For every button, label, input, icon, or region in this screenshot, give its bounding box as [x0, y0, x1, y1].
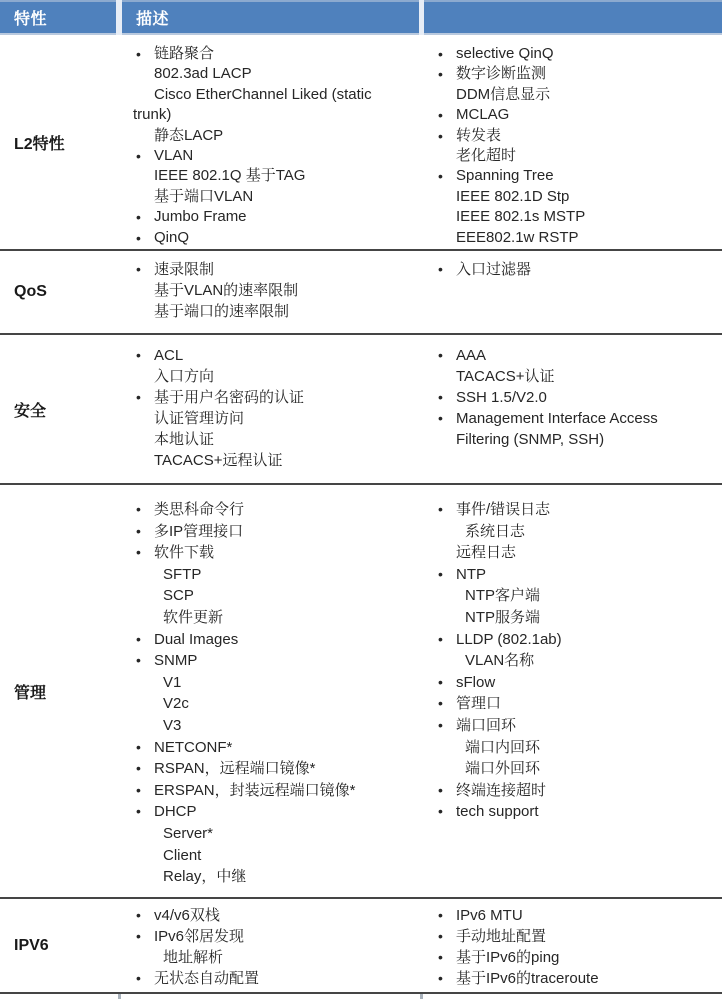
feature-text: V3: [163, 715, 181, 737]
feature-line: 基于端口的速率限制: [122, 301, 424, 322]
feature-text: Server*: [163, 823, 213, 845]
feature-text: 终端连接超时: [456, 780, 546, 802]
feature-line: •Spanning Tree: [424, 166, 722, 186]
bullet-icon: •: [134, 758, 154, 780]
bullet-icon: •: [436, 715, 456, 737]
feature-text: AAA: [456, 345, 486, 366]
feature-line: •sFlow: [424, 672, 722, 694]
feature-text: MCLAG: [456, 105, 509, 125]
feature-line: NTP客户端: [424, 585, 722, 607]
feature-line: TACACS+认证: [424, 366, 722, 387]
header-cell-extra: [424, 0, 722, 35]
feature-text: trunk): [133, 105, 171, 125]
feature-text: IEEE 802.1D Stp: [456, 187, 569, 207]
feature-line: Client: [122, 845, 424, 867]
feature-text: NTP服务端: [465, 607, 540, 629]
feature-text: 软件下载: [154, 542, 214, 564]
feature-line: EEE802.1w RSTP: [424, 228, 722, 248]
feature-line: •基于用户名密码的认证: [122, 387, 424, 408]
bullet-icon: •: [436, 408, 456, 429]
feature-line: IEEE 802.1D Stp: [424, 187, 722, 207]
feature-text: NETCONF*: [154, 737, 232, 759]
feature-line: •管理口: [424, 693, 722, 715]
bullet-icon: •: [134, 737, 154, 759]
bullet-icon: •: [436, 564, 456, 586]
feature-line: 端口内回环: [424, 737, 722, 759]
feature-text: IPv6邻居发现: [154, 926, 244, 947]
feature-text: SNMP: [154, 650, 197, 672]
feature-text: 认证管理访问: [154, 408, 244, 429]
feature-text: tech support: [456, 801, 539, 823]
row-label: L2特性: [0, 35, 122, 249]
bullet-icon: •: [436, 499, 456, 521]
column-border-tick: [420, 994, 423, 999]
bullet-icon: •: [436, 947, 456, 968]
bullet-icon: •: [134, 780, 154, 802]
bullet-icon: •: [436, 905, 456, 926]
feature-text: 基于端口VLAN: [154, 187, 253, 207]
feature-text: 端口回环: [456, 715, 516, 737]
feature-text: VLAN名称: [465, 650, 534, 672]
feature-text: 端口外回环: [465, 758, 540, 780]
feature-text: IPv6 MTU: [456, 905, 523, 926]
feature-line: •SNMP: [122, 650, 424, 672]
feature-line: V2c: [122, 693, 424, 715]
feature-line: VLAN名称: [424, 650, 722, 672]
bullet-icon: •: [134, 228, 154, 248]
feature-line: •基于IPv6的traceroute: [424, 968, 722, 989]
bullet-icon: •: [134, 387, 154, 408]
feature-text: 数字诊断监测: [456, 64, 546, 84]
bullet-icon: •: [436, 126, 456, 146]
feature-text: 本地认证: [154, 429, 214, 450]
feature-text: 基于用户名密码的认证: [154, 387, 304, 408]
bullet-icon: •: [436, 166, 456, 186]
feature-text: QinQ: [154, 228, 189, 248]
feature-text: 多IP管理接口: [154, 521, 243, 543]
feature-line: 基于端口VLAN: [122, 187, 424, 207]
feature-line: •类思科命令行: [122, 499, 424, 521]
bullet-icon: •: [436, 926, 456, 947]
bullet-icon: •: [436, 968, 456, 989]
feature-line: IEEE 802.1Q 基于TAG: [122, 166, 424, 186]
feature-text: 静态LACP: [154, 126, 223, 146]
feature-line: 本地认证: [122, 429, 424, 450]
feature-text: 基于IPv6的ping: [456, 947, 559, 968]
feature-line: trunk): [122, 105, 424, 125]
bullet-icon: •: [436, 387, 456, 408]
feature-text: DHCP: [154, 801, 197, 823]
feature-line: •NETCONF*: [122, 737, 424, 759]
bullet-icon: •: [134, 542, 154, 564]
feature-line: •速录限制: [122, 259, 424, 280]
feature-line: TACACS+远程认证: [122, 450, 424, 471]
feature-text: 远程日志: [456, 542, 516, 564]
feature-text: Management Interface Access: [456, 408, 658, 429]
feature-line: •转发表: [424, 126, 722, 146]
feature-text: v4/v6双栈: [154, 905, 220, 926]
feature-line: 802.3ad LACP: [122, 64, 424, 84]
feature-text: Cisco EtherChannel Liked (static: [154, 85, 372, 105]
feature-text: Spanning Tree: [456, 166, 554, 186]
feature-line: •Dual Images: [122, 629, 424, 651]
header-label-feature: 特性: [14, 6, 47, 29]
bullet-icon: •: [436, 780, 456, 802]
bullet-icon: •: [436, 44, 456, 64]
bullet-icon: •: [134, 801, 154, 823]
bullet-icon: •: [134, 521, 154, 543]
feature-text: Jumbo Frame: [154, 207, 247, 227]
feature-list-right: •入口过滤器: [424, 251, 722, 333]
feature-line: •tech support: [424, 801, 722, 823]
feature-line: •SSH 1.5/V2.0: [424, 387, 722, 408]
row-label: 安全: [0, 335, 122, 483]
feature-text: 管理口: [456, 693, 501, 715]
feature-line: 老化超时: [424, 146, 722, 166]
feature-text: SCP: [163, 585, 194, 607]
bullet-icon: •: [134, 499, 154, 521]
bullet-icon: •: [436, 801, 456, 823]
feature-line: NTP服务端: [424, 607, 722, 629]
feature-line: V1: [122, 672, 424, 694]
feature-line: •入口过滤器: [424, 259, 722, 280]
feature-text: NTP客户端: [465, 585, 540, 607]
feature-line: 基于VLAN的速率限制: [122, 280, 424, 301]
feature-text: 事件/错误日志: [456, 499, 550, 521]
feature-line: Cisco EtherChannel Liked (static: [122, 85, 424, 105]
feature-list-middle: •类思科命令行•多IP管理接口•软件下载SFTPSCP软件更新•Dual Ima…: [122, 485, 424, 897]
feature-line: •数字诊断监测: [424, 64, 722, 84]
feature-line: •VLAN: [122, 146, 424, 166]
table-bottom-strip: [0, 994, 722, 1000]
feature-list-middle: •链路聚合802.3ad LACPCisco EtherChannel Like…: [122, 35, 424, 249]
feature-text: Dual Images: [154, 629, 238, 651]
bullet-icon: •: [436, 105, 456, 125]
header-cell-description: 描述: [122, 0, 419, 35]
feature-text: IEEE 802.1Q 基于TAG: [154, 166, 305, 186]
feature-text: NTP: [456, 564, 486, 586]
bullet-icon: •: [436, 693, 456, 715]
feature-line: V3: [122, 715, 424, 737]
feature-line: •多IP管理接口: [122, 521, 424, 543]
header-label-description: 描述: [136, 6, 169, 29]
feature-line: •IPv6 MTU: [424, 905, 722, 926]
feature-line: Relay，中继: [122, 866, 424, 888]
feature-text: 转发表: [456, 126, 501, 146]
feature-line: SFTP: [122, 564, 424, 586]
feature-text: SSH 1.5/V2.0: [456, 387, 547, 408]
feature-line: •RSPAN，远程端口镜像*: [122, 758, 424, 780]
row-label: 管理: [0, 485, 122, 897]
feature-text: TACACS+认证: [456, 366, 555, 387]
feature-text: SFTP: [163, 564, 201, 586]
feature-line: •NTP: [424, 564, 722, 586]
bullet-icon: •: [134, 926, 154, 947]
row-label: IPV6: [0, 899, 122, 992]
feature-text: ACL: [154, 345, 183, 366]
feature-line: •IPv6邻居发现: [122, 926, 424, 947]
feature-text: 基于IPv6的traceroute: [456, 968, 599, 989]
feature-line: •终端连接超时: [424, 780, 722, 802]
feature-list-middle: •ACL入口方向•基于用户名密码的认证认证管理访问本地认证TACACS+远程认证: [122, 335, 424, 483]
feature-text: 入口过滤器: [456, 259, 531, 280]
bullet-icon: •: [134, 146, 154, 166]
feature-line: Filtering (SNMP, SSH): [424, 429, 722, 450]
feature-text: 手动地址配置: [456, 926, 546, 947]
feature-text: 系统日志: [465, 521, 525, 543]
feature-text: sFlow: [456, 672, 495, 694]
bullet-icon: •: [134, 650, 154, 672]
feature-text: V2c: [163, 693, 189, 715]
feature-text: 无状态自动配置: [154, 968, 259, 989]
feature-line: •selective QinQ: [424, 44, 722, 64]
feature-text: 基于端口的速率限制: [154, 301, 289, 322]
bullet-icon: •: [134, 207, 154, 227]
feature-line: 远程日志: [424, 542, 722, 564]
feature-line: Server*: [122, 823, 424, 845]
feature-table: 特性 描述 L2特性 •链路聚合802.3ad LACPCisco EtherC…: [0, 0, 722, 1000]
table-header: 特性 描述: [0, 0, 722, 35]
feature-text: V1: [163, 672, 181, 694]
feature-text: 老化超时: [456, 146, 516, 166]
feature-text: 链路聚合: [154, 44, 214, 64]
feature-line: 入口方向: [122, 366, 424, 387]
feature-line: 静态LACP: [122, 126, 424, 146]
feature-line: DDM信息显示: [424, 85, 722, 105]
feature-text: EEE802.1w RSTP: [456, 228, 579, 248]
column-border-tick: [118, 994, 121, 999]
bullet-icon: •: [134, 345, 154, 366]
feature-line: •事件/错误日志: [424, 499, 722, 521]
feature-line: •基于IPv6的ping: [424, 947, 722, 968]
feature-line: 端口外回环: [424, 758, 722, 780]
bullet-icon: •: [134, 44, 154, 64]
feature-text: 速录限制: [154, 259, 214, 280]
feature-text: IEEE 802.1s MSTP: [456, 207, 585, 227]
feature-text: VLAN: [154, 146, 193, 166]
header-cell-feature: 特性: [0, 0, 116, 35]
feature-list-middle: •v4/v6双栈•IPv6邻居发现地址解析•无状态自动配置: [122, 899, 424, 992]
table-row-ipv6: IPV6 •v4/v6双栈•IPv6邻居发现地址解析•无状态自动配置 •IPv6…: [0, 899, 722, 994]
bullet-icon: •: [436, 259, 456, 280]
table-row-l2-features: L2特性 •链路聚合802.3ad LACPCisco EtherChannel…: [0, 35, 722, 251]
feature-line: •v4/v6双栈: [122, 905, 424, 926]
bullet-icon: •: [134, 905, 154, 926]
feature-line: •Jumbo Frame: [122, 207, 424, 227]
feature-line: •DHCP: [122, 801, 424, 823]
feature-text: 基于VLAN的速率限制: [154, 280, 298, 301]
feature-text: TACACS+远程认证: [154, 450, 283, 471]
feature-text: 802.3ad LACP: [154, 64, 252, 84]
feature-line: 地址解析: [122, 947, 424, 968]
feature-list-right: •IPv6 MTU•手动地址配置•基于IPv6的ping•基于IPv6的trac…: [424, 899, 722, 992]
feature-text: 入口方向: [154, 366, 214, 387]
feature-line: 系统日志: [424, 521, 722, 543]
bullet-icon: •: [436, 672, 456, 694]
feature-list-right: •AAATACACS+认证•SSH 1.5/V2.0•Management In…: [424, 335, 722, 483]
row-label: QoS: [0, 251, 122, 333]
table-row-qos: QoS •速录限制基于VLAN的速率限制基于端口的速率限制 •入口过滤器: [0, 251, 722, 335]
bullet-icon: •: [436, 629, 456, 651]
feature-line: •ACL: [122, 345, 424, 366]
feature-line: •端口回环: [424, 715, 722, 737]
feature-line: •软件下载: [122, 542, 424, 564]
table-row-security: 安全 •ACL入口方向•基于用户名密码的认证认证管理访问本地认证TACACS+远…: [0, 335, 722, 485]
feature-list-middle: •速录限制基于VLAN的速率限制基于端口的速率限制: [122, 251, 424, 333]
feature-text: DDM信息显示: [456, 85, 550, 105]
feature-line: •ERSPAN，封装远程端口镜像*: [122, 780, 424, 802]
bullet-icon: •: [134, 968, 154, 989]
feature-line: 软件更新: [122, 607, 424, 629]
feature-text: ERSPAN，封装远程端口镜像*: [154, 780, 355, 802]
feature-text: 软件更新: [163, 607, 223, 629]
feature-text: selective QinQ: [456, 44, 554, 64]
feature-line: •AAA: [424, 345, 722, 366]
feature-text: Filtering (SNMP, SSH): [456, 429, 604, 450]
feature-line: •Management Interface Access: [424, 408, 722, 429]
feature-line: •链路聚合: [122, 44, 424, 64]
feature-line: •MCLAG: [424, 105, 722, 125]
bullet-icon: •: [134, 259, 154, 280]
feature-text: Client: [163, 845, 201, 867]
bullet-icon: •: [436, 64, 456, 84]
feature-text: 类思科命令行: [154, 499, 244, 521]
bullet-icon: •: [436, 345, 456, 366]
feature-text: RSPAN，远程端口镜像*: [154, 758, 315, 780]
table-row-management: 管理 •类思科命令行•多IP管理接口•软件下载SFTPSCP软件更新•Dual …: [0, 485, 722, 899]
feature-line: 认证管理访问: [122, 408, 424, 429]
feature-line: •无状态自动配置: [122, 968, 424, 989]
feature-line: •LLDP (802.1ab): [424, 629, 722, 651]
feature-text: Relay，中继: [163, 866, 246, 888]
bullet-icon: •: [134, 629, 154, 651]
feature-text: 端口内回环: [465, 737, 540, 759]
feature-line: •QinQ: [122, 228, 424, 248]
feature-list-right: •事件/错误日志系统日志远程日志•NTPNTP客户端NTP服务端•LLDP (8…: [424, 485, 722, 897]
feature-text: 地址解析: [163, 947, 223, 968]
feature-line: SCP: [122, 585, 424, 607]
feature-text: LLDP (802.1ab): [456, 629, 562, 651]
feature-line: IEEE 802.1s MSTP: [424, 207, 722, 227]
feature-list-right: •selective QinQ•数字诊断监测DDM信息显示•MCLAG•转发表老…: [424, 35, 722, 249]
feature-line: •手动地址配置: [424, 926, 722, 947]
